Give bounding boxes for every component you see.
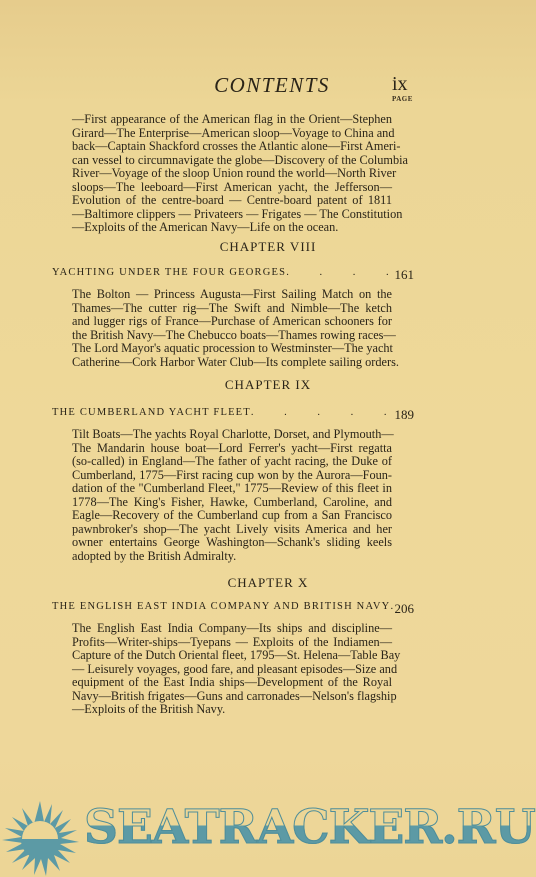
- summary-line: Evolution of the centre-board — Centre-b…: [72, 194, 392, 208]
- summary-line: 1778—The King's Fisher, Hawke, Cumberlan…: [72, 496, 392, 510]
- summary-line: the British Navy—The Chebucco boats—Tham…: [72, 329, 392, 343]
- book-page: CONTENTS ix PAGE —First appearance of th…: [0, 0, 536, 877]
- toc-entry-title: The English East India Company and Briti…: [52, 601, 390, 617]
- page-column-label: PAGE: [392, 95, 413, 103]
- summary-line: Navy—British frigates—Guns and carronade…: [72, 690, 392, 704]
- toc-entry-title: Yachting under the Four Georges: [52, 267, 286, 283]
- summary-line: Capture of the Dutch Oriental fleet, 179…: [72, 649, 392, 663]
- summary-line: — Leisurely voyages, good fare, and plea…: [72, 663, 392, 677]
- toc-entry-page: 189: [395, 407, 415, 423]
- summary-line: back—Captain Shackford crosses the Atlan…: [72, 140, 392, 154]
- dot-leader: . . . . . .: [251, 407, 395, 423]
- chapter-heading: CHAPTER X: [0, 575, 536, 591]
- toc-entry-page: 206: [395, 601, 415, 617]
- summary-line: Eagle—Recovery of the Cumberland cup fro…: [72, 509, 392, 523]
- summary-line: Girard—The Enterprise—American sloop—Voy…: [72, 127, 392, 141]
- summary-line: pawnbroker's shop—The yacht Lively visit…: [72, 523, 392, 537]
- chapter-summary: The Bolton — Princess Augusta—First Sail…: [72, 288, 392, 369]
- summary-line: can vessel to circumnavigate the globe—D…: [72, 154, 392, 168]
- summary-line: The Lord Mayor's aquatic procession to W…: [72, 342, 392, 356]
- sun-over-sea-icon: [0, 800, 80, 877]
- page-number: ix: [392, 73, 408, 96]
- summary-line: —Exploits of the American Navy—Life on t…: [72, 221, 392, 235]
- summary-line: Thames—The cutter rig—The Swift and Nimb…: [72, 302, 392, 316]
- summary-line: River—Voyage of the sloop Union round th…: [72, 167, 392, 181]
- chapter-summary: The English East India Company—Its ships…: [72, 622, 392, 717]
- summary-line: Cumberland, 1775—First racing cup won by…: [72, 469, 392, 483]
- summary-line: owner entertains George Washington—Schan…: [72, 536, 392, 550]
- watermark: SEATRACKER.RU: [0, 800, 536, 877]
- chapter-heading: CHAPTER IX: [0, 377, 536, 393]
- chapter-heading: CHAPTER VIII: [0, 239, 536, 255]
- summary-line: equipment of the East India ships—Develo…: [72, 676, 392, 690]
- summary-line: Tilt Boats—The yachts Royal Charlotte, D…: [72, 428, 392, 442]
- summary-line: (so-called) in England—The father of yac…: [72, 455, 392, 469]
- summary-line: Catherine—Cork Harbor Water Club—Its com…: [72, 356, 392, 370]
- summary-line: Profits—Writer-ships—Tyepans — Exploits …: [72, 636, 392, 650]
- toc-entry-title: The Cumberland Yacht Fleet: [52, 407, 251, 423]
- summary-line: —Exploits of the British Navy.: [72, 703, 392, 717]
- summary-line: —Baltimore clippers — Privateers — Friga…: [72, 208, 392, 222]
- summary-line: dation of the "Cumberland Fleet," 1775—R…: [72, 482, 392, 496]
- summary-line: —First appearance of the American flag i…: [72, 113, 392, 127]
- summary-line: adopted by the British Admiralty.: [72, 550, 392, 564]
- watermark-text: SEATRACKER.RU: [84, 800, 535, 855]
- toc-entry[interactable]: The English East India Company and Briti…: [52, 601, 414, 617]
- summary-line: sloops—The leeboard—First American yacht…: [72, 181, 392, 195]
- summary-line: The Bolton — Princess Augusta—First Sail…: [72, 288, 392, 302]
- summary-line: and lugger rigs of France—Purchase of Am…: [72, 315, 392, 329]
- summary-line: The Mandarin house boat—Lord Ferrer's ya…: [72, 442, 392, 456]
- toc-entry-page: 161: [395, 267, 415, 283]
- toc-entry[interactable]: Yachting under the Four Georges . . . . …: [52, 267, 414, 283]
- toc-entry[interactable]: The Cumberland Yacht Fleet . . . . . . 1…: [52, 407, 414, 423]
- dot-leader: . . . . .: [286, 267, 394, 283]
- summary-line: The English East India Company—Its ships…: [72, 622, 392, 636]
- running-title: CONTENTS: [172, 73, 372, 98]
- continuation-summary: —First appearance of the American flag i…: [72, 113, 392, 235]
- chapter-summary: Tilt Boats—The yachts Royal Charlotte, D…: [72, 428, 392, 563]
